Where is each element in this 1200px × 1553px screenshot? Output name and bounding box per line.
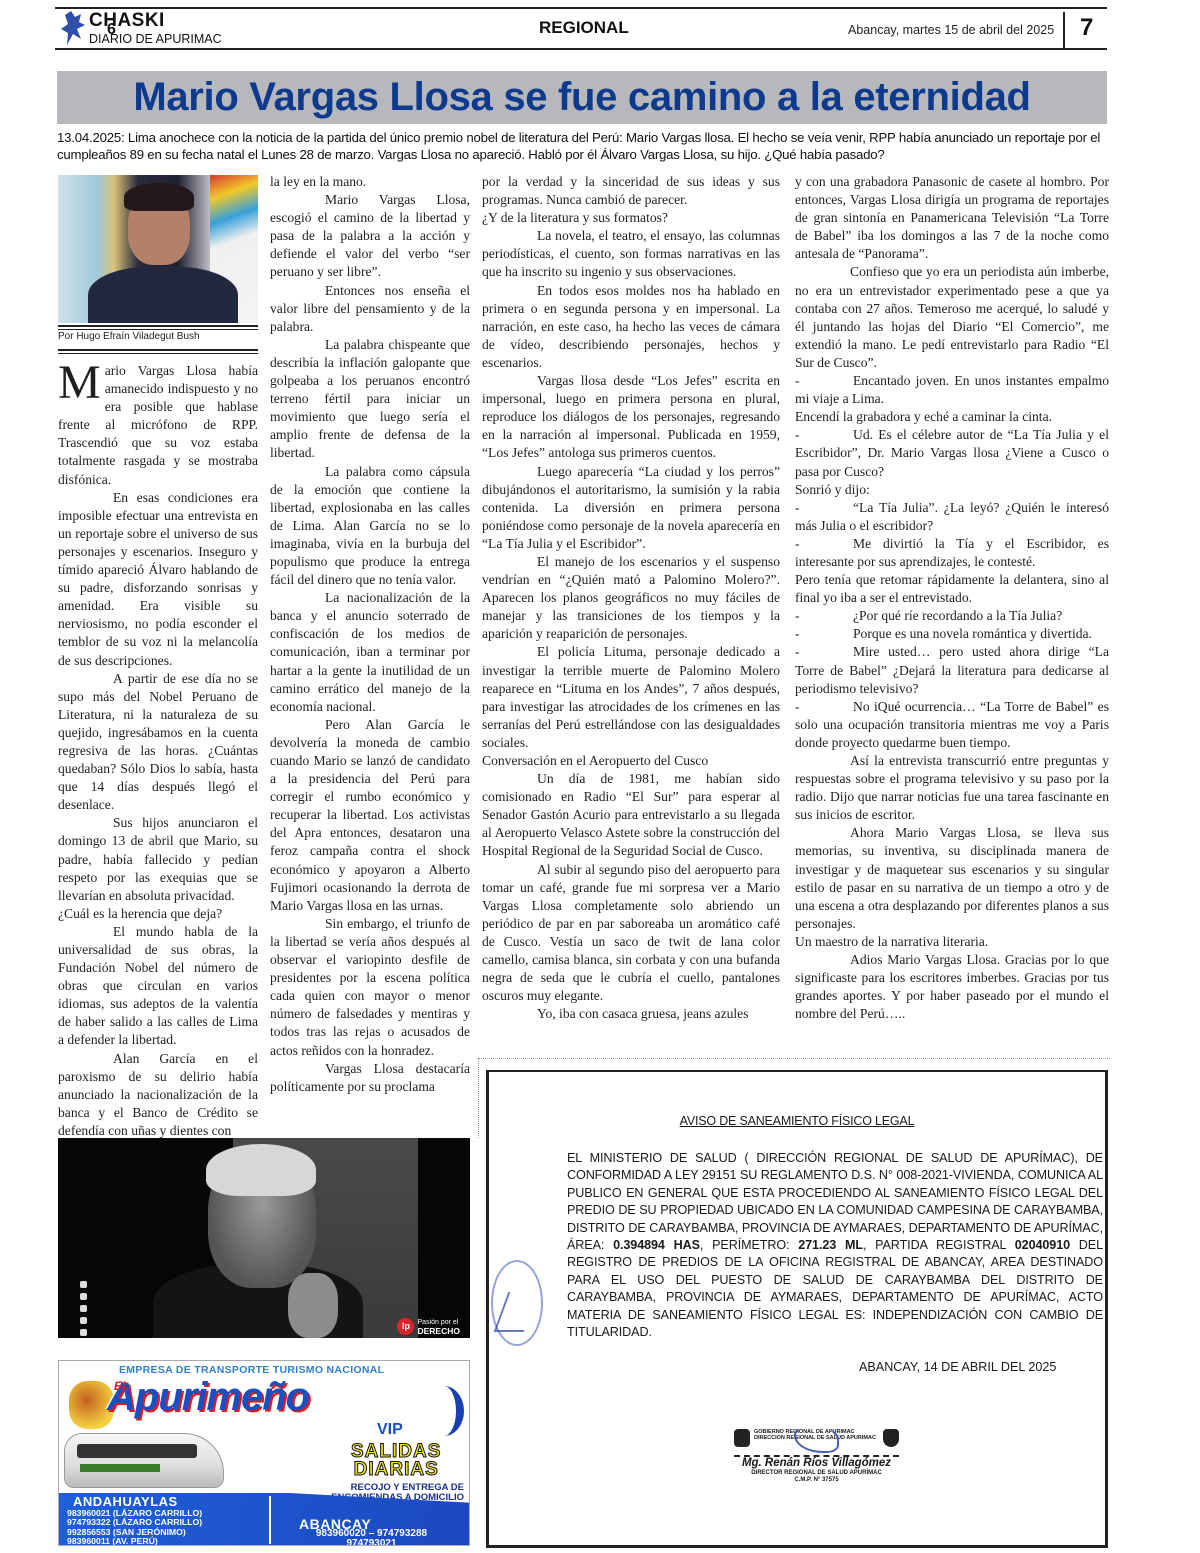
subheading: ¿Cuál es la herencia que deja? [58,905,258,923]
paragraph: El policía Lituma, personaje dedicado a … [482,643,780,752]
paragraph: Mario Vargas Llosa, escogió el camino de… [270,191,470,281]
article-column-3: por la verdad y la sinceridad de sus ide… [482,173,780,1023]
social-icons [80,1281,90,1338]
ad-contact-divider [269,1496,271,1544]
article-lead: 13.04.2025: Lima anochece con la noticia… [57,129,1107,163]
transport-advertisement: EMPRESA DE TRANSPORTE TURISMO NACIONAL A… [58,1360,470,1546]
ad-phone: 974793021 [279,1539,464,1546]
photo-credit-line2: DERECHO [417,1327,460,1335]
paragraph: Vargas llosa desde “Los Jefes” escrita e… [482,372,780,462]
issue-date: Abancay, martes 15 de abril del 2025 [848,23,1054,37]
van-window [77,1444,197,1458]
photo-figure-hair [206,1144,316,1196]
byline: Por Hugo Efraín Viladegut Bush [58,331,200,342]
photo-credit-text: Pasión por el DERECHO [417,1319,460,1335]
paragraph: Un maestro de la narrativa literaria. [795,933,1109,951]
chaski-runner-logo-icon [59,9,89,49]
notice-frame-left [478,1058,479,1138]
article-column-4: y con una grabadora Panasonic de casete … [795,173,1109,1023]
ad-city-andahuaylas: ANDAHUAYLAS [73,1494,178,1509]
subheading: Conversación en el Aeropuerto del Cusco [482,752,780,770]
photo-credit-badge: lp Pasión por el DERECHO [397,1318,460,1335]
x-icon [80,1281,87,1288]
masthead: CHASKI 6 DIARIO DE APURIMAC REGIONAL Aba… [55,7,1107,50]
paragraph: La palabra como cápsula de la emoción qu… [270,463,470,590]
signer-title: DIRECTOR REGIONAL DE SALUD APURÍMAC [734,1470,899,1477]
paragraph: Sin embargo, el triunfo de la libertad s… [270,915,470,1060]
notice-area: 0.394894 HAS [613,1238,700,1252]
dialogue-line: -No iQué ocurrencia… “La Torre de Babel”… [795,698,1109,752]
article-column-1: Mario Vargas Llosa había amanecido indis… [58,362,258,1140]
paragraph: Confieso que yo era un periodista aún im… [795,263,1109,372]
paragraph: Pero Alan García le devolvería la moneda… [270,716,470,915]
paragraph: Adios Mario Vargas Llosa. Gracias por lo… [795,951,1109,1023]
dialogue-line: -¿Por qué ríe recordando a la Tía Julia? [795,607,1109,625]
paragraph: El manejo de los escenarios y el suspens… [482,553,780,643]
van-image [64,1433,224,1488]
ad-brand-prefix: EL [114,1379,129,1393]
dialogue-line: -Ud. Es el célebre autor de “La Tía Juli… [795,426,1109,480]
section-label: REGIONAL [539,18,629,38]
instagram-icon [80,1305,87,1312]
notice-date: ABANCAY, 14 DE ABRIL DEL 2025 [859,1360,1056,1374]
handwritten-signature [794,1425,839,1453]
paragraph: Entonces nos enseña el valor libre del p… [270,282,470,336]
signer-id: C.M.P. N° 37575 [734,1477,899,1484]
ad-brand-name: Apurimeño [107,1375,309,1420]
byline-rule-bottom [58,349,258,354]
author-hair [124,183,194,211]
paragraph: Mario Vargas Llosa había amanecido indis… [58,362,258,489]
headline-banner: Mario Vargas Llosa se fue camino a la et… [57,71,1107,124]
signer-role: DIRECTOR REGIONAL DE SALUD APURÍMAC C.M.… [734,1470,899,1483]
vargas-llosa-photo: lp Pasión por el DERECHO [58,1138,470,1338]
paragraph: La nacionalización de la banca y el anun… [270,589,470,716]
notice-frame-top [478,1058,1110,1059]
photo-credit-line1: Pasión por el [417,1319,458,1326]
author-photo [58,175,258,323]
swoosh-icon [424,1386,464,1436]
paragraph: En todos esos moldes nos ha hablado en p… [482,282,780,372]
paragraph: por la verdad y la sinceridad de sus ide… [482,173,780,209]
dialogue-line: -Encantado joven. En unos instantes empa… [795,372,1109,408]
ad-daily-departures: SALIDAS DIARIAS [351,1443,441,1479]
paragraph: Yo, iba con casaca gruesa, jeans azules [482,1005,780,1023]
tiktok-icon [80,1329,87,1336]
dialogue-line: -Me divirtió la Tía y el Escribidor, es … [795,535,1109,571]
paragraph: Luego aparecería “La ciudad y los perros… [482,463,780,553]
paragraph: Encendí la grabadora y eché a caminar la… [795,408,1109,426]
notice-partida: 02040910 [1015,1238,1070,1252]
dialogue-line: -Mire usted… pero usted ahora dirige “La… [795,643,1109,697]
page-number: 7 [1080,14,1093,42]
apurimac-crest-icon [883,1429,899,1447]
dialogue-line: -“La Tía Julia”. ¿La leyó? ¿Quién le int… [795,499,1109,535]
ad-phone: 983960011 (AV. PERÚ) [67,1537,202,1546]
paragraph: Ahora Mario Vargas Llosa, se lleva sus m… [795,824,1109,933]
newspaper-name: CHASKI [89,10,165,32]
ad-brand-suffix: VIP [377,1421,403,1439]
paragraph: Al subir al segundo piso del aeropuerto … [482,861,780,1006]
paragraph: La palabra chispeante que describía la i… [270,336,470,463]
header-divider [1063,12,1065,48]
notice-perimeter: 271.23 ML [798,1238,863,1252]
legal-notice: AVISO DE SANEAMIENTO FÍSICO LEGAL EL MIN… [486,1070,1108,1548]
subheading: ¿Y de la literatura y sus formatos? [482,209,780,227]
paragraph: la ley en la mano. [270,173,470,191]
author-suit [88,267,238,323]
paragraph: Pero tenía que retomar rápidamente la de… [795,571,1109,607]
ad-phones-abancay: 983960020 – 974793288 974793021 [279,1529,464,1546]
peru-crest-icon [734,1429,750,1447]
paragraph: En esas condiciones era imposible efectu… [58,489,258,670]
notice-body: EL MINISTERIO DE SALUD ( DIRECCIÓN REGIO… [567,1150,1103,1341]
van-stripe [80,1464,160,1472]
signer-name: Mg. Renán Ríos Villagómez [734,1457,899,1469]
byline-rule-top [58,325,258,330]
lp-logo-icon: lp [397,1318,414,1335]
notice-title: AVISO DE SANEAMIENTO FÍSICO LEGAL [489,1114,1105,1128]
paragraph: Alan García en el paroxismo de su deliri… [58,1050,258,1140]
article-column-2: la ley en la mano. Mario Vargas Llosa, e… [270,173,470,1096]
paragraph: Un día de 1981, me habían sido comisiona… [482,770,780,860]
paragraph: Así la entrevista transcurrió entre preg… [795,752,1109,824]
ad-salidas-line2: DIARIAS [351,1461,441,1479]
facebook-icon [80,1293,87,1300]
paragraph: y con una grabadora Panasonic de casete … [795,173,1109,263]
dialogue-line: -Porque es una novela romántica y divert… [795,625,1109,643]
paragraph: La novela, el teatro, el ensayo, las col… [482,227,780,281]
ad-phones-andahuaylas: 983960021 (LÁZARO CARRILLO) 974793322 (L… [67,1509,202,1546]
paragraph: A partir de ese día no se supo más del N… [58,670,258,815]
paragraph: Sus hijos anunciaron el domingo 13 de ab… [58,814,258,904]
youtube-icon [80,1317,87,1324]
paragraph: Sonrió y dijo: [795,481,1109,499]
photo-figure-hand [288,1273,338,1338]
dropcap: M [58,364,101,402]
paragraph: Vargas Llosa destacaría políticamente po… [270,1060,470,1096]
paragraph: El mundo habla de la universalidad de su… [58,923,258,1050]
article-headline: Mario Vargas Llosa se fue camino a la et… [57,71,1107,124]
newspaper-subtitle: DIARIO DE APURIMAC [89,32,222,46]
